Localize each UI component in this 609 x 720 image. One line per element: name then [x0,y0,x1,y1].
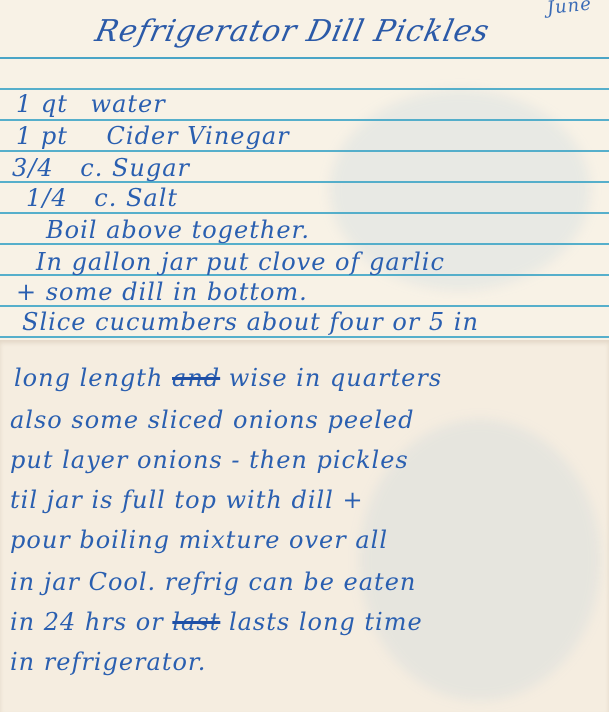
instruction-line: put layer onions - then pickles [10,446,409,474]
instruction-line: long length and wise in quarters [14,364,442,392]
ingredient-row: 1/4 c. Salt [26,184,178,212]
recipe-card-back: long length and wise in quarters also so… [0,340,609,712]
instruction-line: pour boiling mixture over all [10,526,388,554]
instruction-line: + some dill in bottom. [16,278,308,306]
header-rule [0,57,609,59]
instruction-line: in 24 hrs or last lasts long time [10,608,423,636]
instruction-line: Slice cucumbers about four or 5 in [22,308,479,336]
corner-note: June [546,0,593,19]
instruction-line: til jar is full top with dill + [10,486,364,514]
ingredient-qty: 1 pt [16,122,68,150]
struck-word: last [172,608,220,636]
scan-border [0,712,609,720]
recipe-card-front: Refrigerator Dill Pickles June 1 qt wate… [0,0,609,340]
rule-line [0,150,609,152]
rule-line [0,212,609,214]
rule-line [0,119,609,121]
ingredient-row: 1 pt Cider Vinegar [16,122,290,150]
struck-word: and [172,364,220,392]
instruction-line: Boil above together. [46,216,310,244]
instruction-line: in refrigerator. [10,648,206,676]
instruction-line: In gallon jar put clove of garlic [36,248,445,276]
ingredient-item: water [91,90,166,118]
ingredient-qty: 3/4 [12,154,54,182]
ingredient-row: 1 qt water [16,90,166,118]
ingredient-item: c. Sugar [80,154,190,182]
instruction-line: also some sliced onions peeled [10,406,414,434]
recipe-title: Refrigerator Dill Pickles [92,14,493,49]
ingredient-row: 3/4 c. Sugar [12,154,190,182]
ingredient-qty: 1 qt [16,90,68,118]
ingredient-qty: 1/4 [26,184,68,212]
instruction-line: in jar Cool. refrig can be eaten [10,568,416,596]
ingredient-item: Cider Vinegar [107,122,290,150]
ingredient-item: c. Salt [94,184,178,212]
rule-line [0,336,609,338]
